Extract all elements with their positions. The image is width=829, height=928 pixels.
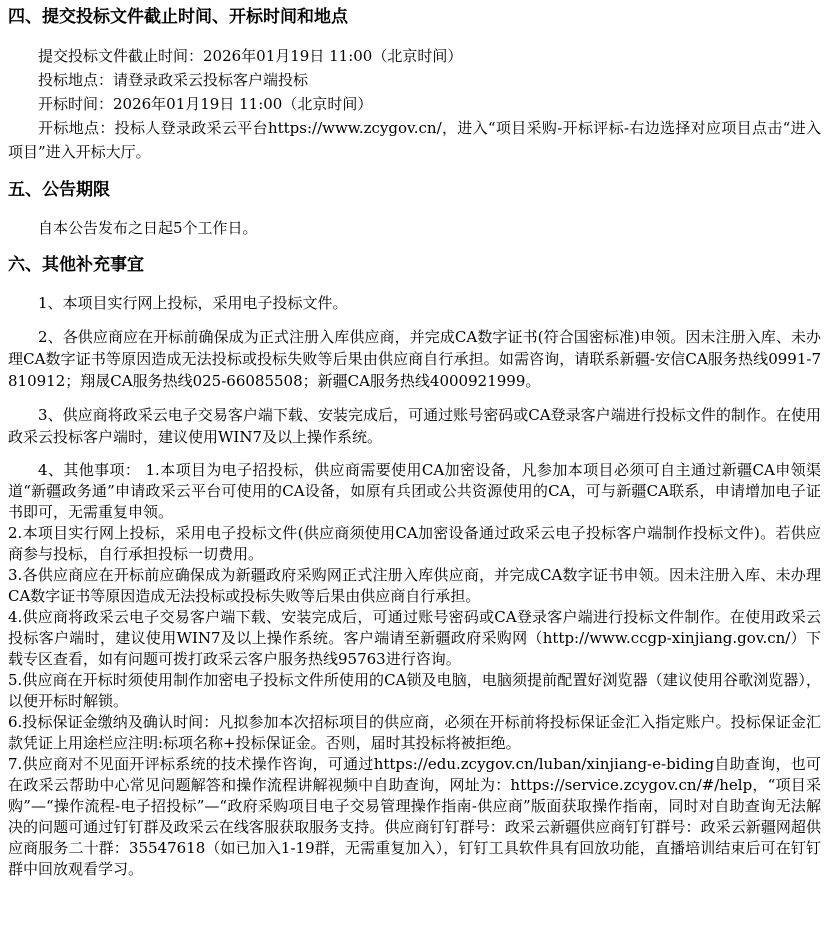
other-matters-sub-item-4: 4.供应商将政采云电子交易客户端下载、安装完成后，可通过账号密码或CA登录客户端… — [8, 607, 821, 670]
section-4-heading: 四、提交投标文件截止时间、开标时间和地点 — [8, 6, 821, 28]
supplement-item-3: 3、供应商将政采云电子交易客户端下载、安装完成后，可通过账号密码或CA登录客户端… — [8, 404, 821, 448]
announcement-document: 四、提交投标文件截止时间、开标时间和地点 提交投标文件截止时间：2026年01月… — [0, 0, 829, 928]
supplement-item-2: 2、各供应商应在开标前确保成为正式注册入库供应商，并完成CA数字证书(符合国密标… — [8, 326, 821, 392]
opening-time-line: 开标时间：2026年01月19日 11:00（北京时间） — [8, 92, 821, 116]
supplement-item-4-other-matters: 4、其他事项： 1.本项目为电子招投标，供应商需要使用CA加密设备，凡参加本项目… — [8, 460, 821, 523]
other-matters-sub-item-2: 2.本项目实行网上投标，采用电子投标文件(供应商须使用CA加密设备通过政采云电子… — [8, 523, 821, 565]
other-matters-sub-item-5: 5.供应商在开标时须使用制作加密电子投标文件所使用的CA锁及电脑，电脑须提前配置… — [8, 670, 821, 712]
other-matters-sub-item-3: 3.各供应商应在开标前应确保成为新疆政府采购网正式注册入库供应商，并完成CA数字… — [8, 565, 821, 607]
section-5-body: 自本公告发布之日起5个工作日。 — [8, 217, 821, 239]
section-5-heading: 五、公告期限 — [8, 179, 821, 201]
section-6-body: 1、本项目实行网上投标，采用电子投标文件。 2、各供应商应在开标前确保成为正式注… — [8, 292, 821, 880]
announcement-period-line: 自本公告发布之日起5个工作日。 — [8, 217, 821, 239]
submission-deadline-line: 提交投标文件截止时间：2026年01月19日 11:00（北京时间） — [8, 44, 821, 68]
other-matters-sub-item-7: 7.供应商对不见面开评标系统的技术操作咨询，可通过https://edu.zcy… — [8, 754, 821, 880]
bid-location-line: 投标地点：请登录政采云投标客户端投标 — [8, 68, 821, 92]
supplement-item-1: 1、本项目实行网上投标，采用电子投标文件。 — [8, 292, 821, 314]
section-6-heading: 六、其他补充事宜 — [8, 254, 821, 276]
opening-location-line: 开标地点：投标人登录政采云平台https://www.zcygov.cn/，进入… — [8, 116, 821, 164]
other-matters-sub-item-6: 6.投标保证金缴纳及确认时间：凡拟参加本次招标项目的供应商，必须在开标前将投标保… — [8, 712, 821, 754]
section-4-body: 提交投标文件截止时间：2026年01月19日 11:00（北京时间） 投标地点：… — [8, 44, 821, 164]
